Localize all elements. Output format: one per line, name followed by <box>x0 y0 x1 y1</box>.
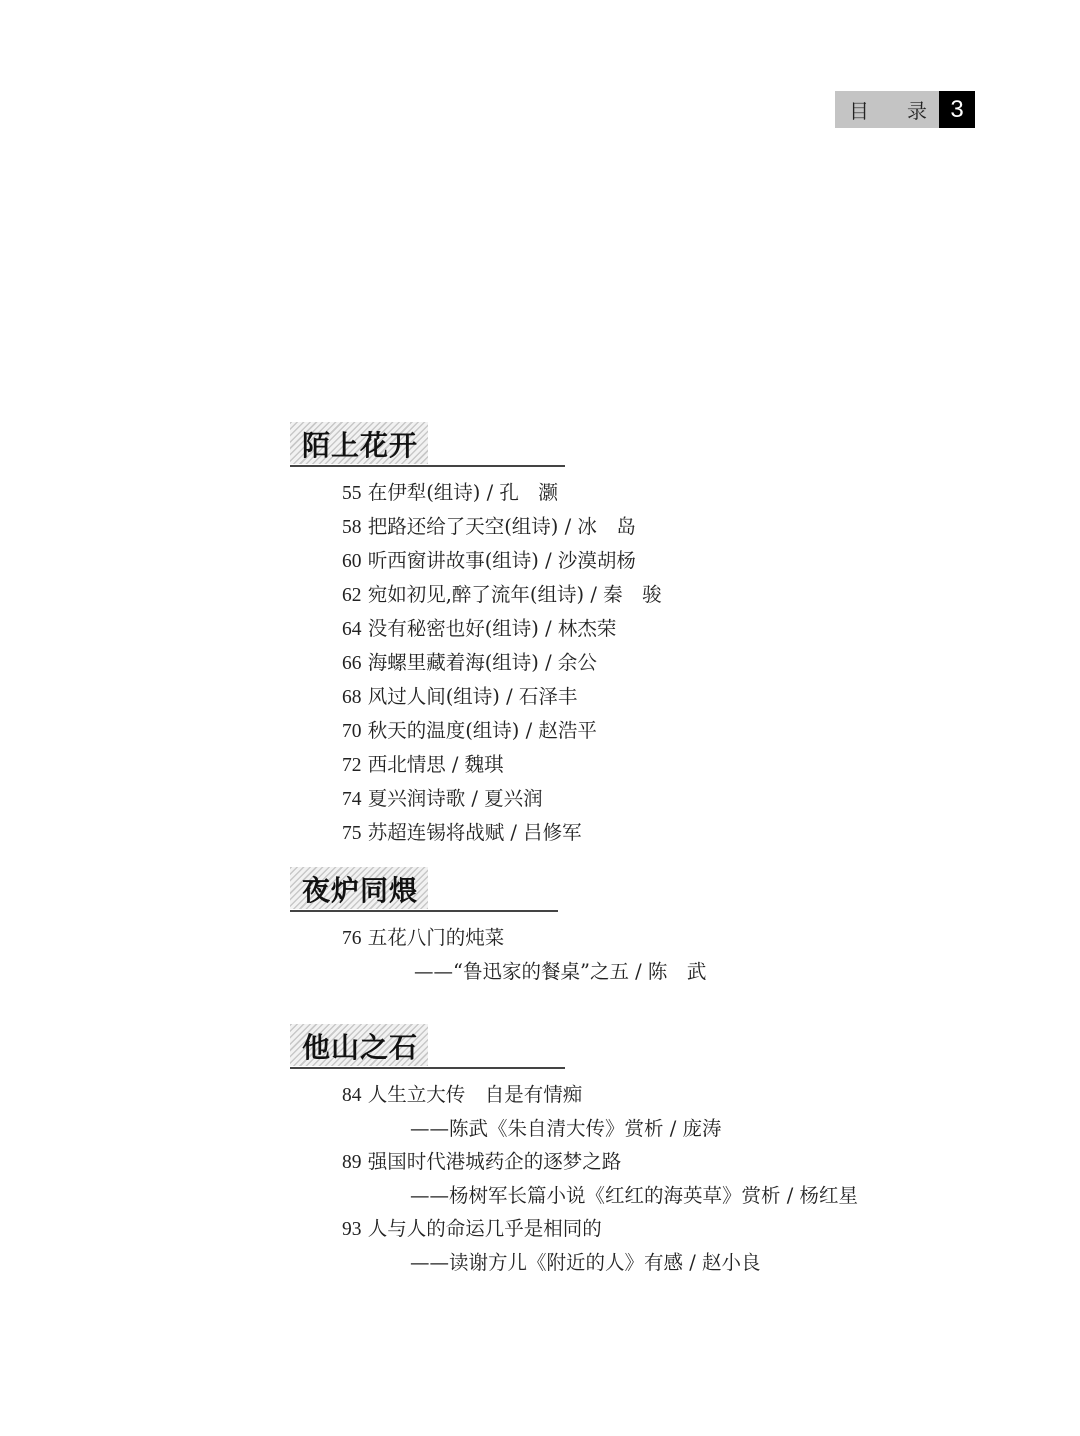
toc-entry[interactable]: 60 听西窗讲故事(组诗) / 沙漠胡杨 <box>290 544 662 578</box>
section-heading: 夜炉同煨 <box>290 867 565 911</box>
toc-entry-subtitle: ——“鲁迅家的餐桌”之五 / 陈 武 <box>290 955 706 988</box>
toc-label-char-1: 目 <box>849 95 869 124</box>
section-title: 夜炉同煨 <box>302 869 418 909</box>
toc-entry-subtitle: ——陈武《朱自清大传》赏析 / 庞涛 <box>290 1112 858 1145</box>
page-number: 3 <box>939 91 975 128</box>
toc-entry[interactable]: 68 风过人间(组诗) / 石泽丰 <box>290 680 662 714</box>
toc-entry[interactable]: 75 苏超连锡将战赋 / 吕修军 <box>290 816 662 850</box>
section-ta-shan-zhi-shi: 他山之石 84 人生立大传 自是有情痴 ——陈武《朱自清大传》赏析 / 庞涛 8… <box>290 1024 858 1279</box>
heading-rule <box>290 910 558 912</box>
section-title: 陌上花开 <box>302 424 418 464</box>
toc-entry[interactable]: 74 夏兴润诗歌 / 夏兴润 <box>290 782 662 816</box>
toc-entries: 55 在伊犁(组诗) / 孔 灏 58 把路还给了天空(组诗) / 冰 岛 60… <box>290 476 662 850</box>
toc-entries: 76 五花八门的炖菜 ——“鲁迅家的餐桌”之五 / 陈 武 <box>290 921 706 988</box>
toc-entry[interactable]: 58 把路还给了天空(组诗) / 冰 岛 <box>290 510 662 544</box>
toc-entry[interactable]: 89 强国时代港城药企的逐梦之路 <box>290 1145 858 1179</box>
heading-rule <box>290 1067 565 1069</box>
toc-entry[interactable]: 76 五花八门的炖菜 <box>290 921 706 955</box>
toc-entry[interactable]: 64 没有秘密也好(组诗) / 林杰荣 <box>290 612 662 646</box>
toc-entry-subtitle: ——杨树军长篇小说《红红的海英草》赏析 / 杨红星 <box>290 1179 858 1212</box>
toc-entry[interactable]: 55 在伊犁(组诗) / 孔 灏 <box>290 476 662 510</box>
toc-entry[interactable]: 84 人生立大传 自是有情痴 <box>290 1078 858 1112</box>
toc-entry[interactable]: 70 秋天的温度(组诗) / 赵浩平 <box>290 714 662 748</box>
toc-entries: 84 人生立大传 自是有情痴 ——陈武《朱自清大传》赏析 / 庞涛 89 强国时… <box>290 1078 858 1279</box>
section-heading: 他山之石 <box>290 1024 565 1068</box>
toc-label-char-2: 录 <box>907 95 927 124</box>
heading-rule <box>290 465 565 467</box>
section-heading: 陌上花开 <box>290 422 565 466</box>
section-title: 他山之石 <box>302 1026 418 1066</box>
section-mo-shang-hua-kai: 陌上花开 55 在伊犁(组诗) / 孔 灏 58 把路还给了天空(组诗) / 冰… <box>290 422 662 850</box>
section-ye-lu-tong-wei: 夜炉同煨 76 五花八门的炖菜 ——“鲁迅家的餐桌”之五 / 陈 武 <box>290 867 706 988</box>
toc-entry[interactable]: 66 海螺里藏着海(组诗) / 余公 <box>290 646 662 680</box>
toc-entry[interactable]: 72 西北情思 / 魏琪 <box>290 748 662 782</box>
toc-entry[interactable]: 93 人与人的命运几乎是相同的 <box>290 1212 858 1246</box>
toc-header-label: 目 录 <box>835 91 939 128</box>
toc-header-tag: 目 录 3 <box>835 91 975 128</box>
toc-entry[interactable]: 62 宛如初见,醉了流年(组诗) / 秦 骏 <box>290 578 662 612</box>
toc-entry-subtitle: ——读谢方儿《附近的人》有感 / 赵小良 <box>290 1246 858 1279</box>
